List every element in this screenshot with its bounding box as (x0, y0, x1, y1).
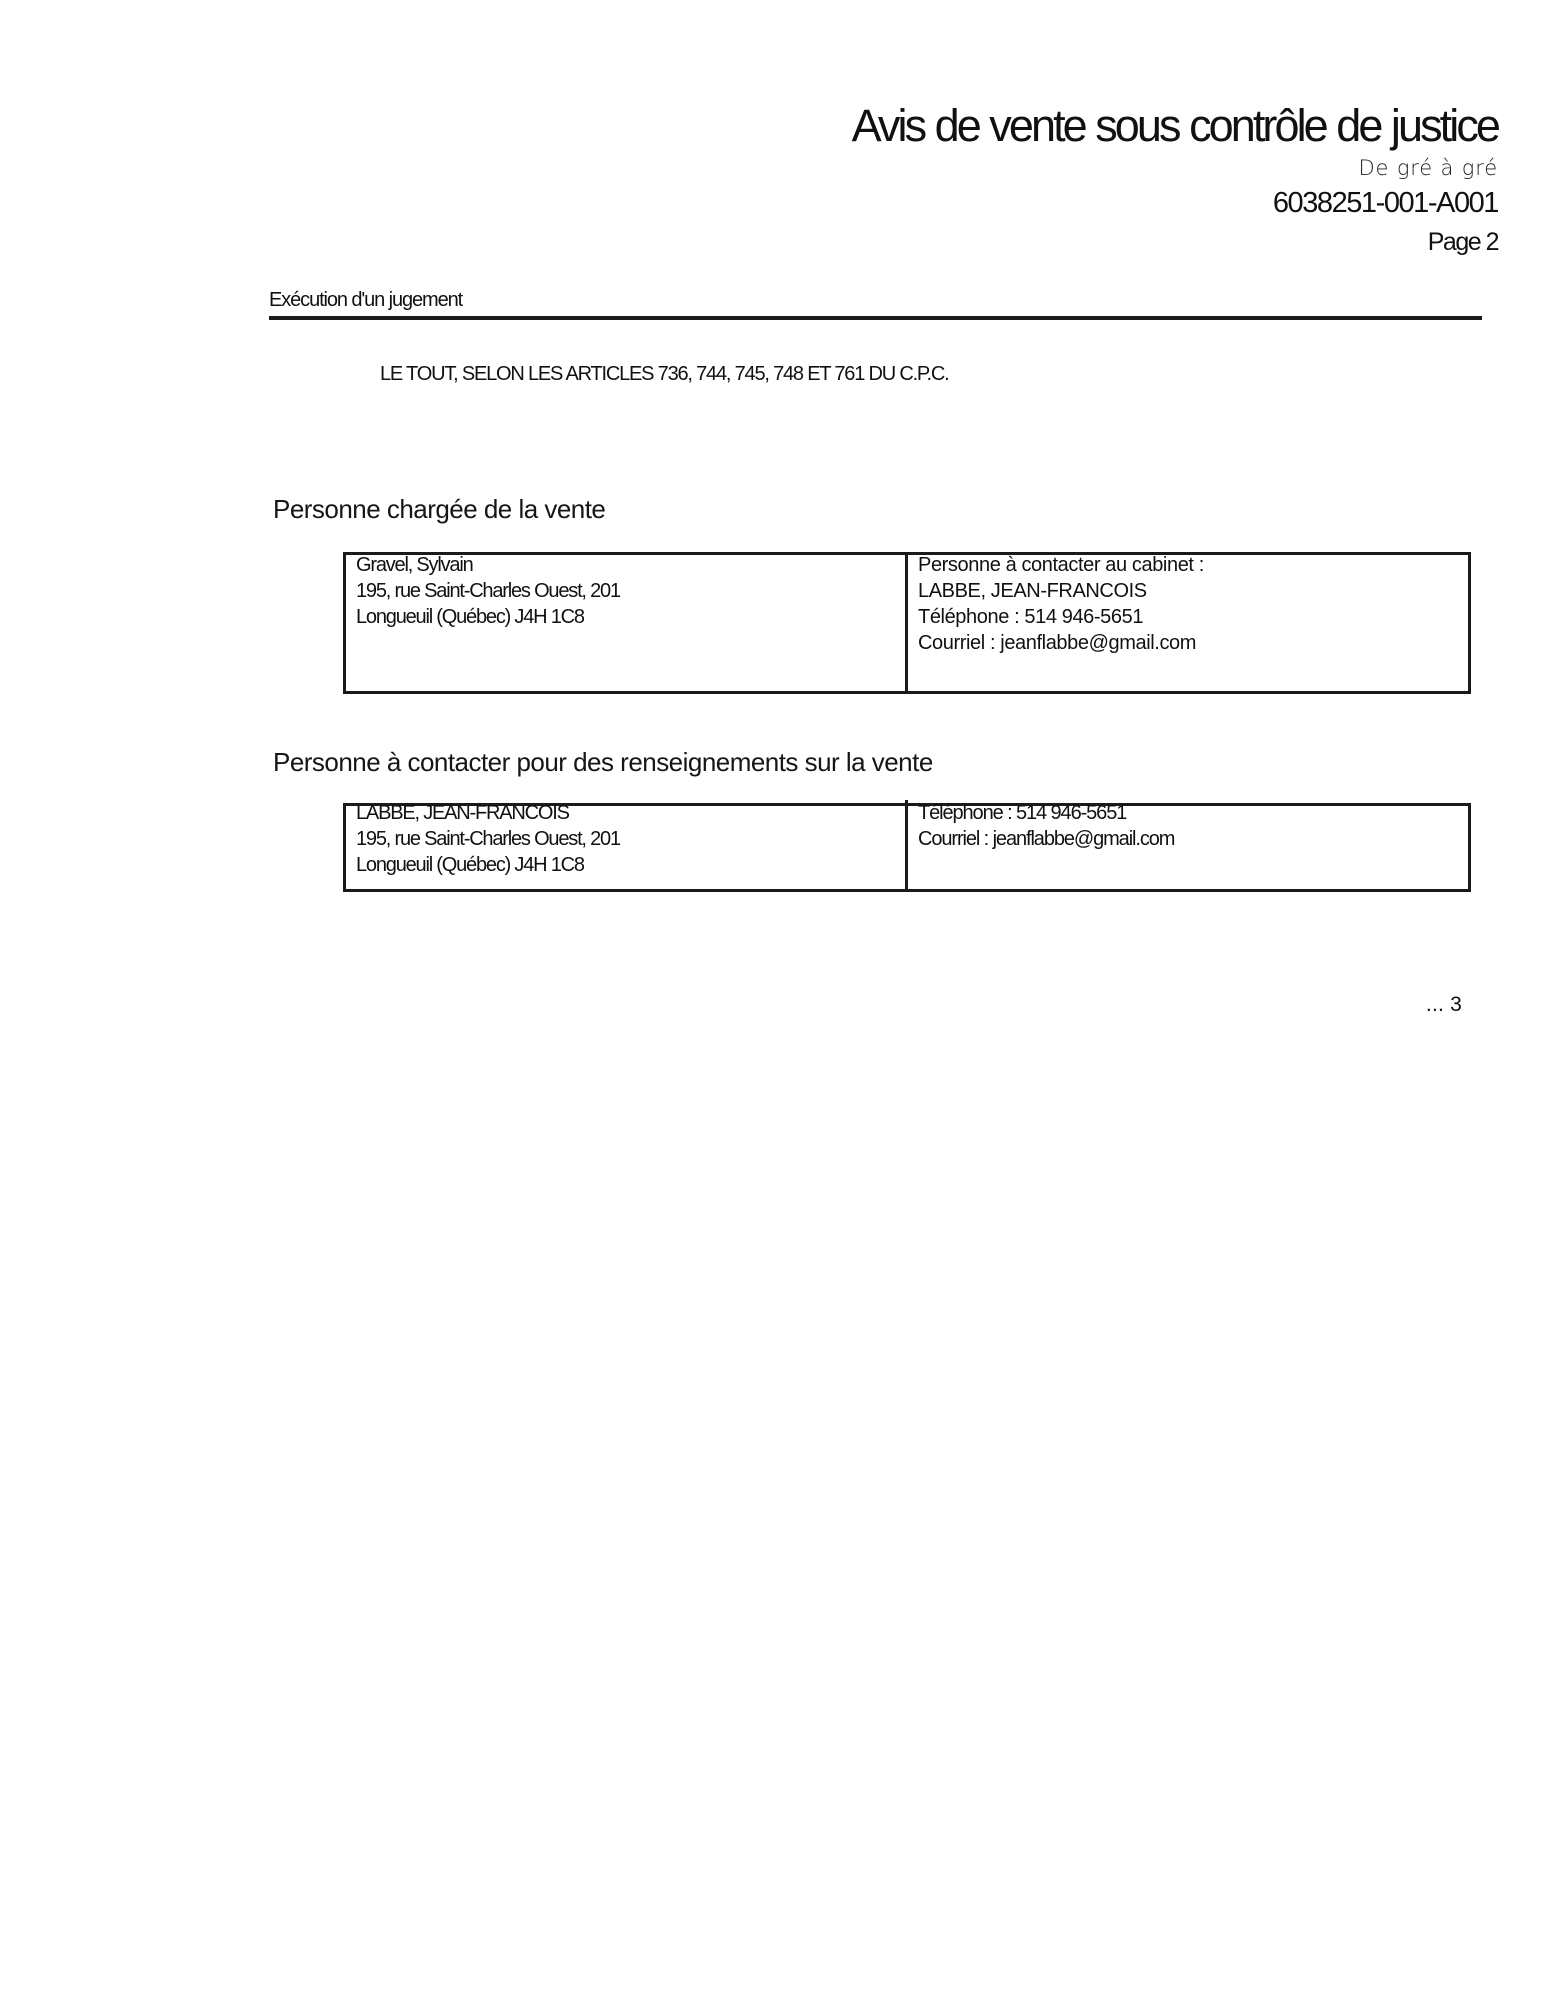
info-contact-address-cell: LABBE, JEAN-FRANCOIS 195, rue Saint-Char… (346, 800, 908, 889)
sale-person-heading: Personne chargée de la vente (273, 494, 605, 525)
articles-statement: LE TOUT, SELON LES ARTICLES 736, 744, 74… (380, 363, 948, 386)
sale-person-name: Gravel, Sylvain (356, 552, 895, 578)
section-divider (269, 316, 1482, 320)
continuation-marker: ... 3 (1426, 993, 1462, 1017)
page-number: Page 2 (1428, 228, 1498, 257)
info-contact-email: Courriel : jeanflabbe@gmail.com (918, 826, 1458, 852)
document-reference-number: 6038251-001-A001 (1273, 187, 1498, 220)
sale-person-address-cell: Gravel, Sylvain 195, rue Saint-Charles O… (346, 552, 908, 691)
sale-person-address-line2: Longueuil (Québec) J4H 1C8 (356, 604, 895, 630)
document-title: Avis de vente sous contrôle de justice (852, 100, 1498, 152)
firm-contact-name: LABBE, JEAN-FRANCOIS (918, 578, 1458, 604)
info-contact-phone: Téléphone : 514 946-5651 (918, 800, 1458, 826)
info-contact-address-line1: 195, rue Saint-Charles Ouest, 201 (356, 826, 895, 852)
firm-contact-phone: Téléphone : 514 946-5651 (918, 604, 1458, 630)
section-label: Exécution d'un jugement (269, 289, 462, 312)
sale-person-contact-cell: Personne à contacter au cabinet : LABBE,… (908, 552, 1468, 691)
info-contact-name: LABBE, JEAN-FRANCOIS (356, 800, 895, 826)
firm-contact-email: Courriel : jeanflabbe@gmail.com (918, 630, 1458, 656)
info-contact-details-cell: Téléphone : 514 946-5651 Courriel : jean… (908, 800, 1468, 889)
info-contact-address-line2: Longueuil (Québec) J4H 1C8 (356, 852, 895, 878)
firm-contact-label: Personne à contacter au cabinet : (918, 552, 1458, 578)
sale-person-address-line1: 195, rue Saint-Charles Ouest, 201 (356, 578, 895, 604)
info-contact-heading: Personne à contacter pour des renseignem… (273, 747, 933, 778)
sale-person-box: Gravel, Sylvain 195, rue Saint-Charles O… (343, 552, 1471, 694)
document-subtitle: De gré à gré (1359, 156, 1498, 180)
info-contact-box: LABBE, JEAN-FRANCOIS 195, rue Saint-Char… (343, 803, 1471, 892)
